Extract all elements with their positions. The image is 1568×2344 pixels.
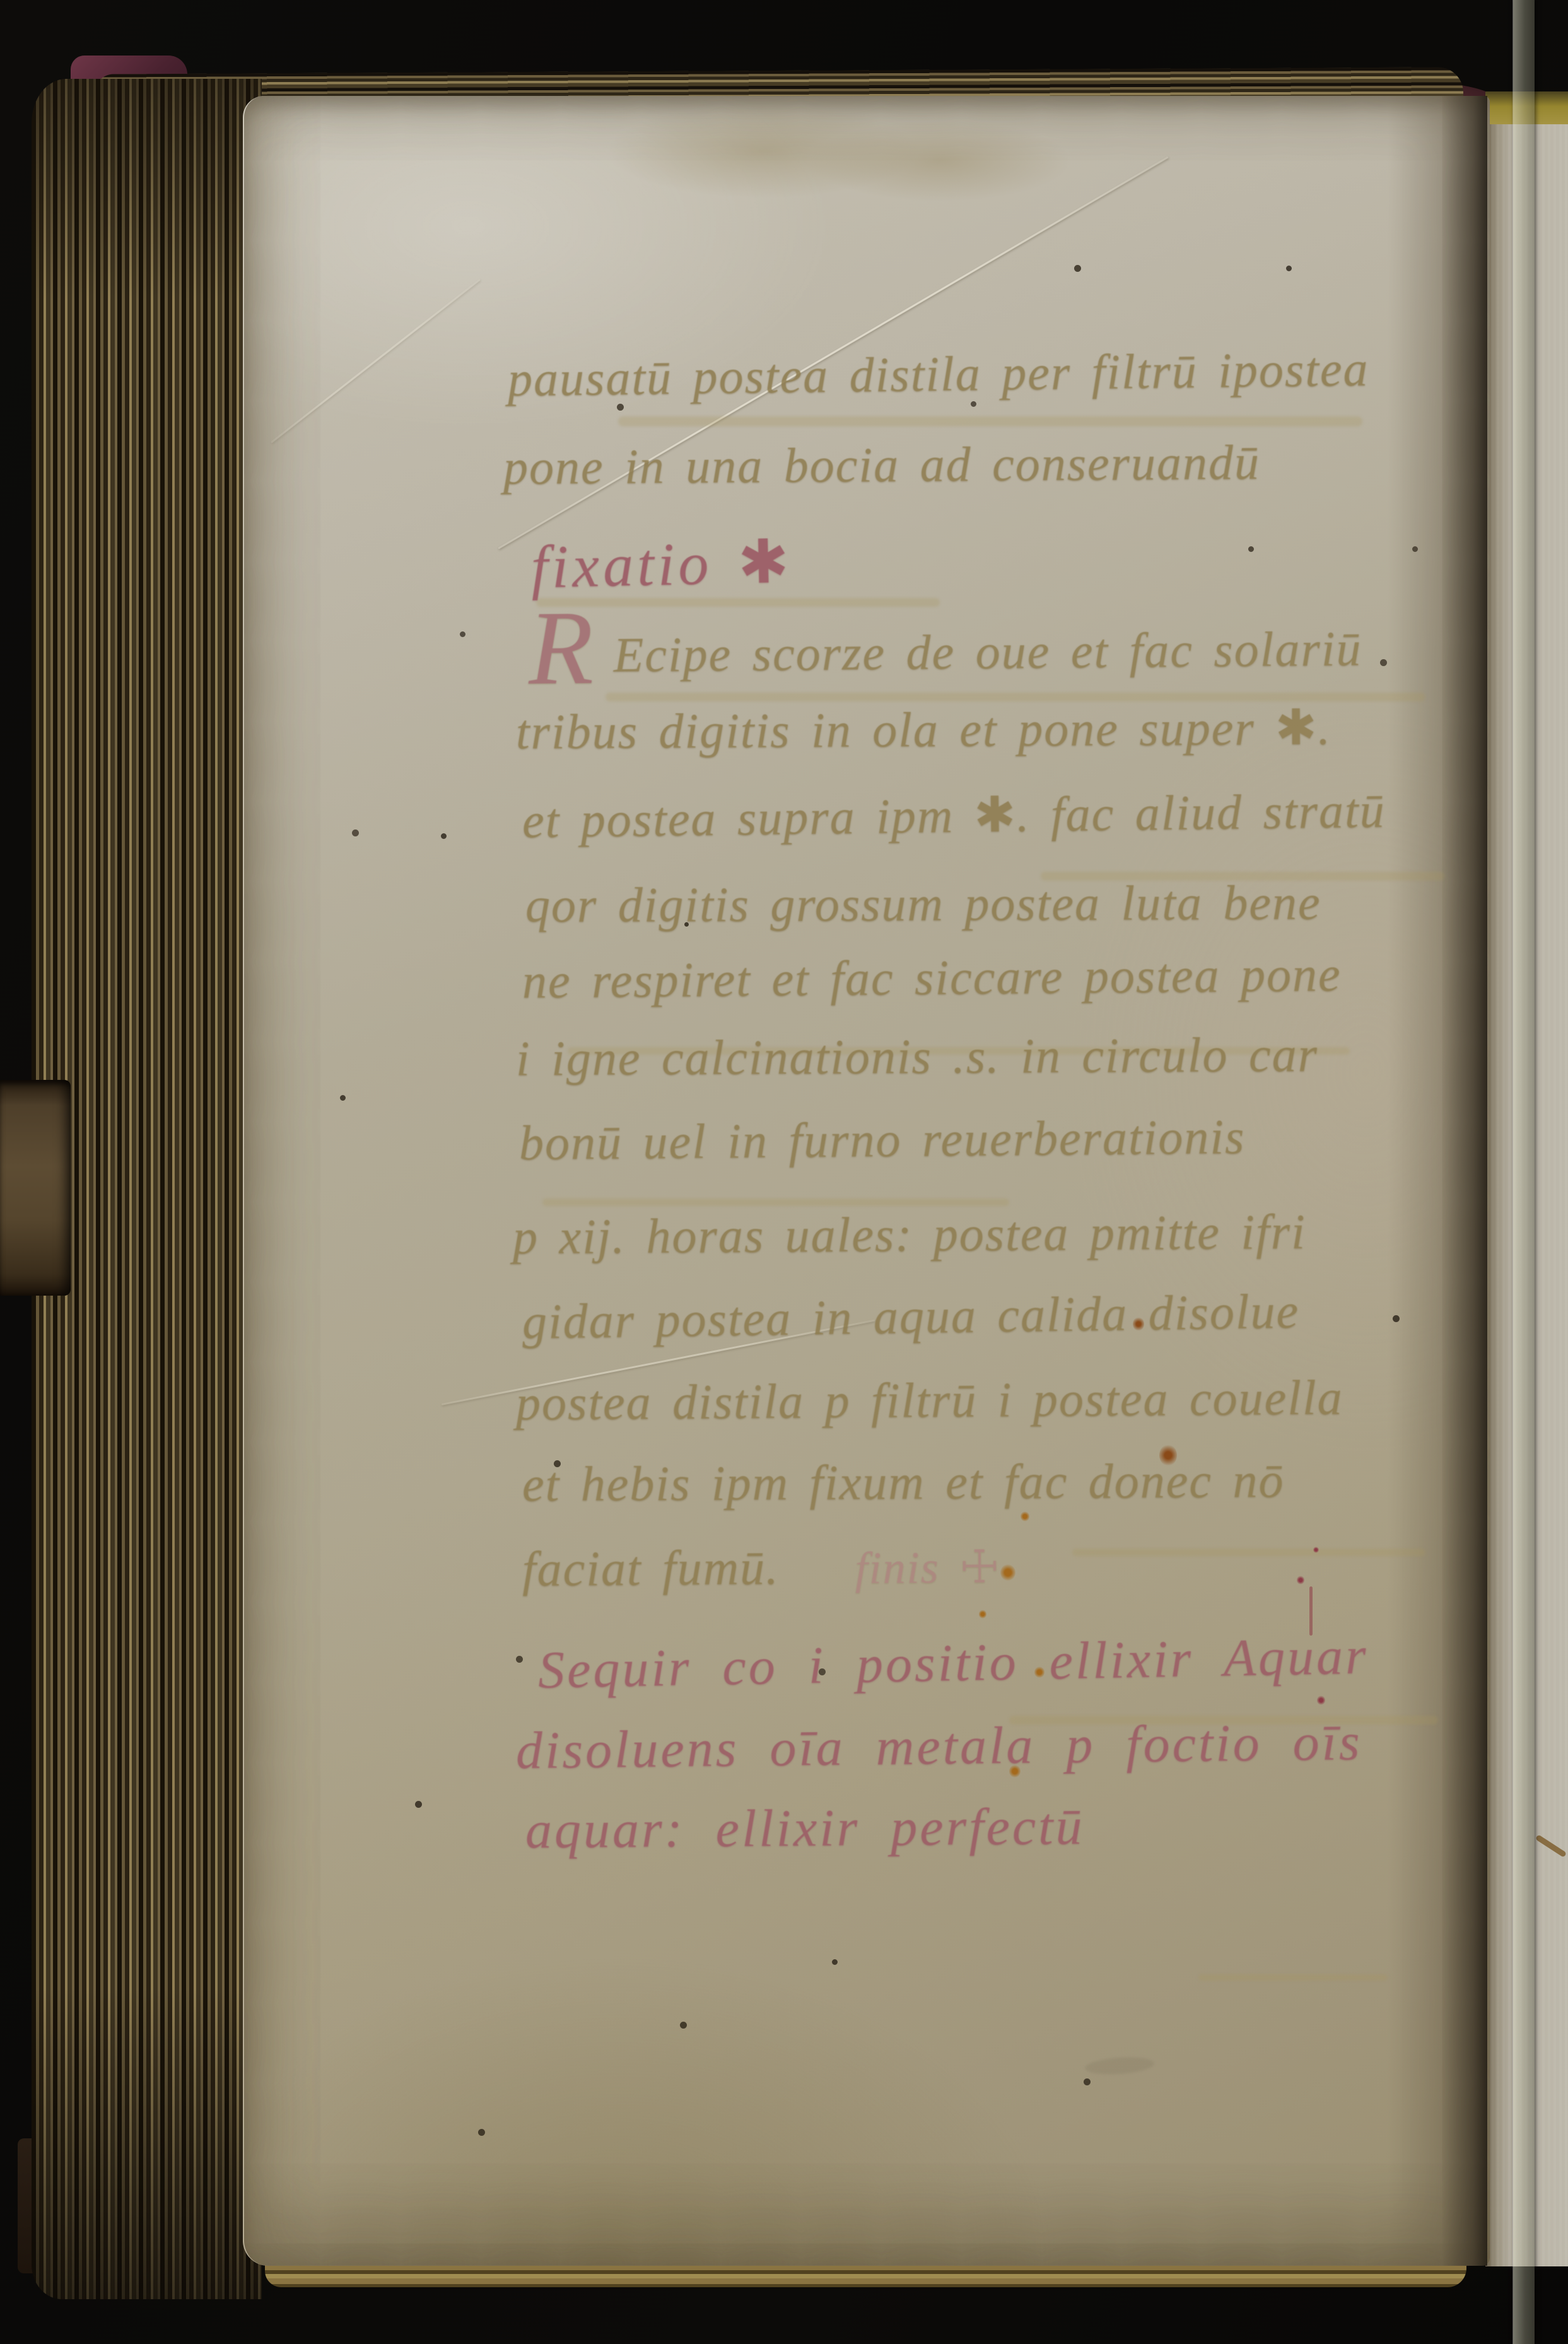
gutter-shadow [1388, 96, 1487, 2266]
line-text: Ecipe scorze de oue et fac solariū [613, 621, 1362, 682]
manuscript-line-10: bonū uel in furno reuerberationis [519, 1108, 1246, 1171]
water-stain [807, 120, 1072, 202]
manuscript-photo: pausatū postea distila per filtrū iposte… [0, 0, 1568, 2344]
manuscript-line-1: pausatū postea distila per filtrū iposte… [508, 341, 1370, 408]
recipe-initial: R [529, 616, 595, 681]
line-text: pausatū postea distila per filtrū iposte… [508, 341, 1370, 407]
red-ink-splatter [1297, 1576, 1304, 1585]
manuscript-line-2: pone in una bocia ad conseruandū [503, 434, 1261, 496]
manuscript-line-7: qor digitis grossum postea luta bene [525, 874, 1321, 934]
manuscript-line-5: tribus digitis in ola et pone super ✱. [516, 700, 1331, 761]
line-text: qor digitis grossum postea luta bene [525, 875, 1321, 932]
ink-offset-stain [542, 1198, 1009, 1206]
manuscript-line-15: faciat fumū.finis ☩ [522, 1537, 1002, 1597]
line-text: faciat fumū. [522, 1540, 780, 1597]
manuscript-line-11: p xij. horas uales: postea pmitte ifri [513, 1204, 1306, 1266]
page-holder-strip [1513, 0, 1535, 2344]
amber-spot [1000, 1564, 1015, 1581]
manuscript-line-4: REcipe scorze de oue et fac solariū [529, 609, 1362, 684]
rubric-line-18: aquar: ellixir perfectū [525, 1796, 1085, 1861]
line-text: p xij. horas uales: postea pmitte ifri [513, 1204, 1306, 1265]
ink-offset-stain [1198, 1974, 1388, 1981]
amber-spot [979, 1610, 986, 1619]
line-text: tribus digitis in ola et pone super ✱. [516, 700, 1331, 759]
rubric-line-17: disoluens oīa metala p foctio oīs [516, 1711, 1363, 1781]
manuscript-line-13: postea distila p filtrū i postea couella [516, 1369, 1343, 1431]
ink-offset-stain [618, 416, 1362, 426]
amber-spot [1021, 1511, 1029, 1521]
finis-note: finis ☩ [855, 1542, 1001, 1593]
line-text: disoluens oīa metala p foctio oīs [516, 1713, 1363, 1780]
manuscript-line-9: i igne calcinationis .s. in circulo car [516, 1026, 1318, 1087]
manuscript-line-6: et postea supra ipm ✱. fac aliud stratū [522, 782, 1386, 850]
line-text: et postea supra ipm ✱. fac aliud stratū [522, 783, 1386, 848]
line-text: ne respiret et fac siccare postea pone [522, 946, 1342, 1008]
leather-clasp-strap [0, 1080, 71, 1296]
line-text: postea distila p filtrū i postea couella [516, 1369, 1343, 1430]
red-ink-splatter [1313, 1547, 1319, 1553]
line-text: et hebis ipm fixum et fac donec nō [522, 1453, 1285, 1511]
manuscript-line-12: gidar postea in aqua calida disolue [522, 1282, 1299, 1350]
red-ink-splatter [1317, 1696, 1325, 1705]
ink-offset-stain [1072, 1549, 1425, 1556]
manuscript-line-14: et hebis ipm fixum et fac donec nō [522, 1452, 1285, 1513]
line-text: bonū uel in furno reuerberationis [519, 1109, 1246, 1170]
line-text: aquar: ellixir perfectū [525, 1797, 1085, 1860]
line-text: pone in una bocia ad conseruandū [503, 435, 1261, 495]
line-text: gidar postea in aqua calida disolue [522, 1283, 1299, 1349]
manuscript-line-8: ne respiret et fac siccare postea pone [522, 946, 1342, 1009]
line-text: i igne calcinationis .s. in circulo car [516, 1027, 1318, 1086]
